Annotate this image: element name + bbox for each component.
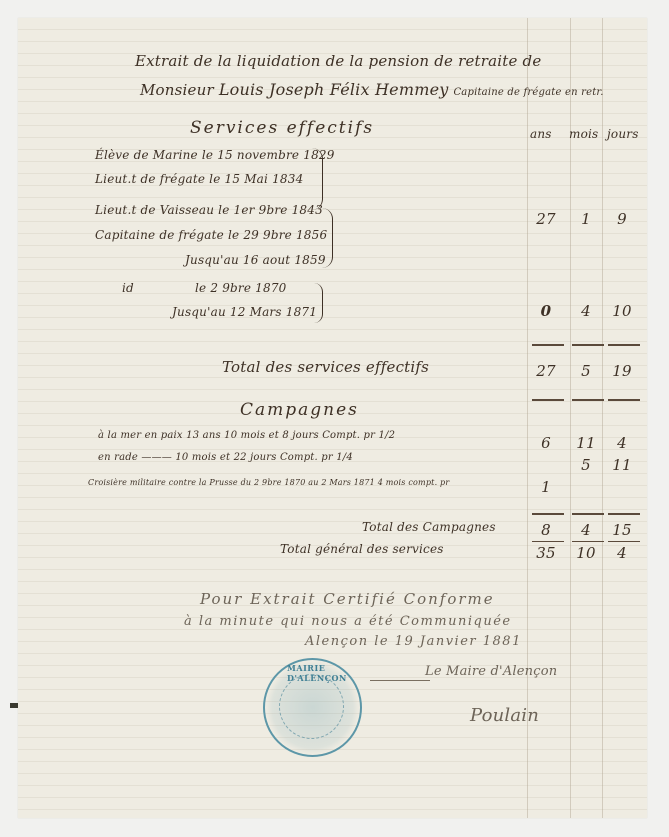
bracket [322, 208, 333, 268]
sum-rule [608, 344, 640, 346]
campagne-ans: 1 [528, 478, 564, 496]
pensioner-name: Louis Joseph Félix Hemmey [219, 80, 449, 99]
service-entry: Lieut.t de frégate le 15 Mai 1834 [95, 172, 303, 186]
service-entry: Élève de Marine le 15 novembre 1829 [95, 148, 335, 162]
municipal-seal-icon: MAIRIE D'ALENÇON [263, 658, 362, 757]
signatory-title: Le Maire d'Alençon [425, 664, 557, 679]
subtotal1-jours: 9 [604, 210, 640, 228]
certification-line-1: Pour Extrait Certifié Conforme [200, 590, 495, 608]
subtotal2-jours: 10 [604, 302, 640, 320]
sum-rule [608, 399, 640, 401]
seal-text: MAIRIE D'ALENÇON [287, 663, 360, 683]
grand-total-label: Total général des services [280, 542, 444, 556]
sum-rule [532, 513, 564, 515]
subtotal2-ans: 0 [528, 302, 564, 320]
campagnes-total-jours: 15 [604, 521, 640, 539]
services-total-label: Total des services effectifs [222, 358, 429, 376]
signature: Poulain [470, 705, 539, 726]
campagne-entry: en rade ——— 10 mois et 22 jours Compt. p… [98, 452, 353, 463]
service-entry: Jusqu'au 16 aout 1859 [185, 253, 326, 267]
services-total-ans: 27 [528, 362, 564, 380]
campagne-entry: Croisière militaire contre la Prusse du … [88, 478, 449, 487]
seal-inner-ring [279, 674, 344, 739]
pensioner-rank: Capitaine de frégate en retr. [453, 87, 603, 98]
certification-line-2: à la minute qui nous a été Communiquée [184, 614, 512, 629]
grand-total-mois: 10 [568, 544, 604, 562]
sum-rule [572, 541, 604, 542]
sum-rule [572, 513, 604, 515]
header-prefix: Monsieur [140, 81, 214, 99]
campagnes-total-ans: 8 [528, 521, 564, 539]
campagne-mois: 11 [568, 434, 604, 452]
certification-line-3: Alençon le 19 Janvier 1881 [305, 634, 522, 649]
column-divider [602, 18, 603, 818]
header-line-1: Extrait de la liquidation de la pension … [135, 52, 541, 70]
service-entry: Jusqu'au 12 Mars 1871 [172, 305, 317, 319]
header-line-2: Monsieur Louis Joseph Félix Hemmey Capit… [140, 80, 604, 99]
sum-rule [608, 513, 640, 515]
sum-rule [572, 399, 604, 401]
services-title: Services effectifs [190, 118, 374, 138]
sum-rule [572, 344, 604, 346]
subtotal2-mois: 4 [568, 302, 604, 320]
campagne-ans: 6 [528, 434, 564, 452]
campagne-jours: 11 [604, 456, 640, 474]
column-header-ans: ans [530, 127, 552, 141]
grand-total-ans: 35 [528, 544, 564, 562]
bracket [312, 148, 323, 210]
flourish [370, 680, 430, 681]
service-entry: le 2 9bre 1870 [195, 281, 287, 295]
sum-rule [532, 344, 564, 346]
ink-smudge [10, 703, 18, 708]
campagnes-total-mois: 4 [568, 521, 604, 539]
sum-rule [608, 541, 640, 542]
services-total-mois: 5 [568, 362, 604, 380]
subtotal1-mois: 1 [568, 210, 604, 228]
campagne-entry: à la mer en paix 13 ans 10 mois et 8 jou… [98, 430, 395, 441]
column-divider [527, 18, 528, 818]
services-total-jours: 19 [604, 362, 640, 380]
column-header-jours: jours [607, 127, 639, 141]
service-entry: Lieut.t de Vaisseau le 1er 9bre 1843 [95, 203, 323, 217]
grand-total-jours: 4 [604, 544, 640, 562]
column-header-mois: mois [569, 127, 598, 141]
campagnes-title: Campagnes [240, 400, 359, 420]
service-entry: Capitaine de frégate le 29 9bre 1856 [95, 228, 327, 242]
service-entry-prefix: id [122, 281, 134, 295]
campagne-jours: 4 [604, 434, 640, 452]
sum-rule [532, 541, 564, 542]
subtotal1-ans: 27 [528, 210, 564, 228]
bracket [314, 283, 323, 323]
campagnes-total-label: Total des Campagnes [362, 520, 496, 534]
sum-rule [532, 399, 564, 401]
campagne-mois: 5 [568, 456, 604, 474]
